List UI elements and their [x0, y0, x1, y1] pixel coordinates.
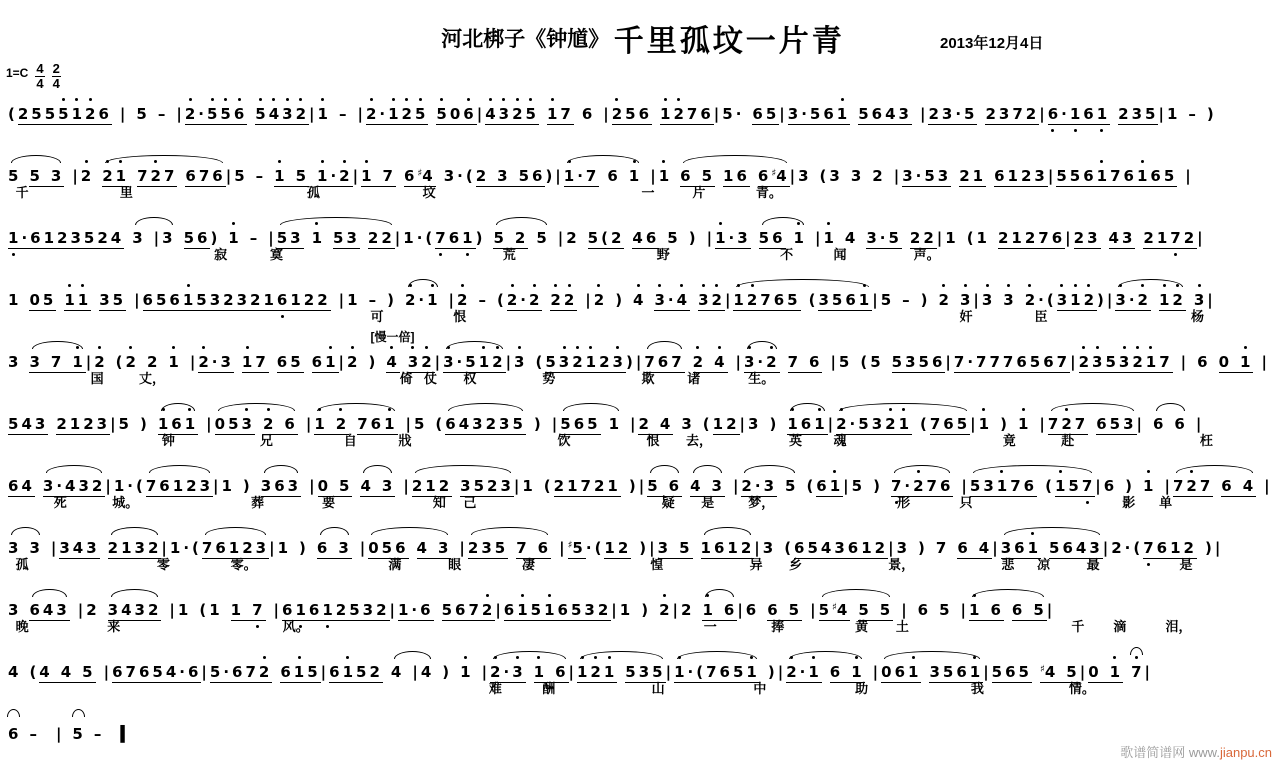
lyric-syllable: 寂 — [214, 244, 227, 263]
lyric-syllable: 悲 — [1001, 554, 1014, 573]
lyric-syllable: 自 — [344, 430, 357, 449]
lyrics-row: 晚来风。一捧黄土千滴泪， — [8, 616, 1280, 634]
lyric-syllable: 钟 — [162, 430, 175, 449]
lyric-syllable: 最 — [1087, 554, 1100, 573]
score-line: 4 (4 4 5 |67654·6|5·672 615|6152 4 |4 ) … — [8, 648, 1280, 710]
score-line: (2555126 | 5 – |2·556 5432|1 – |2·125 50… — [8, 90, 1280, 152]
score-line: 543 2123|5 ) 161 |053 2 6 |1 2 761 |5 (6… — [8, 400, 1280, 462]
lyric-syllable: 去， — [686, 430, 712, 449]
key-signature: 1=C 4 4 2 4 — [6, 62, 61, 90]
footer-site-url: jianpu.cn — [1220, 745, 1272, 760]
lyric-syllable: 晚 — [16, 616, 29, 635]
lyric-syllable: 魂 — [834, 430, 847, 449]
lyric-syllable: 要 — [322, 492, 335, 511]
meter-second: 2 4 — [52, 62, 61, 90]
lyric-syllable: 景， — [888, 554, 914, 573]
lyric-syllable: 兄 — [260, 430, 273, 449]
meter-numerator: 4 — [36, 62, 43, 76]
lyric-syllable: 坟 — [423, 182, 436, 201]
score-lines: (2555126 | 5 – |2·556 5432|1 – |2·125 50… — [8, 90, 1280, 767]
lyrics-row: 难酬山中助我情。 — [8, 678, 1280, 696]
lyric-syllable: 戕 — [399, 430, 412, 449]
lyric-syllable: 一 — [641, 182, 654, 201]
lyric-syllable: 零 — [157, 554, 170, 573]
score-line: 1 05 11 35 |65615323216122 |1 – ) 2·1 |2… — [8, 276, 1280, 338]
meter-denominator: 4 — [52, 76, 61, 91]
lyric-syllable: 赴 — [1061, 430, 1074, 449]
lyric-syllable: 土 — [896, 616, 909, 635]
lyric-syllable: 千 — [16, 182, 29, 201]
lyric-syllable: 形 — [897, 492, 910, 511]
lyric-syllable: 不 — [780, 244, 793, 263]
lyric-syllable: 葬 — [251, 492, 264, 511]
sheet-music-page: 河北梆子《钟馗》 千里孤坟一片青 2013年12月4日 1=C 4 4 2 4 … — [0, 0, 1286, 767]
meter-first: 4 4 — [35, 62, 44, 90]
score-line: 3 643 |2 3432 |1 (1 1 7 |61612532|1·6 56… — [8, 586, 1280, 648]
lyric-syllable: 凉 — [1037, 554, 1050, 573]
lyric-syllable: 英 — [789, 430, 802, 449]
lyric-syllable: 恨 — [453, 306, 466, 325]
score-subtitle: 河北梆子《钟馗》 — [441, 28, 609, 51]
score-title: 千里孤坟一片青 — [614, 25, 845, 58]
lyric-syllable: 枉 — [1200, 430, 1213, 449]
lyric-syllable: 势 — [542, 368, 555, 387]
score-line: 6 – | 5 – ▍ — [8, 710, 1280, 767]
lyric-syllable: 恨 — [647, 430, 660, 449]
lyric-syllable: 滴 — [1113, 616, 1126, 635]
lyric-syllable: 仗 — [424, 368, 437, 387]
lyric-syllable: 城。 — [112, 492, 138, 511]
lyrics-row — [8, 740, 1280, 758]
lyric-syllable: 饮 — [558, 430, 571, 449]
lyric-syllable: 己 — [463, 492, 476, 511]
lyric-syllable: 声。 — [914, 244, 940, 263]
lyric-syllable: 我 — [971, 678, 984, 697]
lyric-syllable: 梦， — [748, 492, 774, 511]
lyric-syllable: 惶 — [650, 554, 663, 573]
meter-denominator: 4 — [35, 76, 44, 91]
lyric-syllable: 寞 — [270, 244, 283, 263]
lyric-syllable: 捧 — [771, 616, 784, 635]
lyrics-row: 钟兄自戕饮恨去，英魂竟赴枉 — [8, 430, 1280, 448]
lyric-syllable: 可 — [371, 306, 384, 325]
lyric-syllable: 千 — [1071, 616, 1084, 635]
score-line: 3 3 |343 2132|1·(76123|1 ) 6 3 |056 4 3 … — [8, 524, 1280, 586]
lyric-syllable: 诸 — [687, 368, 700, 387]
lyric-syllable: 臣 — [1035, 306, 1048, 325]
lyric-syllable: 知 — [433, 492, 446, 511]
lyric-syllable: 单 — [1159, 492, 1172, 511]
lyric-syllable: 野 — [657, 244, 670, 263]
lyric-syllable: 山 — [652, 678, 665, 697]
lyric-syllable: 闻 — [834, 244, 847, 263]
lyrics-row: 死城。葬要知己疑是梦，形只影单 — [8, 492, 1280, 510]
lyric-syllable: 死 — [54, 492, 67, 511]
score-line: 5 5 3 |2 21 727 676|5 – 1 5 1·2|1 7 6♯4 … — [8, 152, 1280, 214]
lyric-syllable: 乡 — [789, 554, 802, 573]
lyric-syllable: 孤 — [307, 182, 320, 201]
footer-site-name: 歌谱简谱网 www. — [1120, 745, 1220, 760]
key-label: 1=C — [6, 66, 28, 80]
lyric-syllable: 青。 — [756, 182, 782, 201]
lyric-syllable: 丈， — [139, 368, 165, 387]
lyric-syllable: 眼 — [448, 554, 461, 573]
lyric-syllable: 一 — [704, 616, 717, 635]
lyric-syllable: 倚 — [400, 368, 413, 387]
lyric-syllable: 疑 — [662, 492, 675, 511]
lyric-syllable: 奸 — [959, 306, 972, 325]
score-line: [慢一倍]3 3 7 1|2 (2 2 1 |2·3 17 65 61|2 ) … — [8, 338, 1280, 400]
lyric-syllable: 是 — [701, 492, 714, 511]
meter-numerator: 2 — [53, 62, 60, 76]
lyric-syllable: 中 — [753, 678, 766, 697]
lyric-syllable: 来 — [107, 616, 120, 635]
lyric-syllable: 国 — [91, 368, 104, 387]
lyric-syllable: 零。 — [231, 554, 257, 573]
lyric-syllable: 孤 — [16, 554, 29, 573]
watermark: 歌谱简谱网 www.jianpu.cn — [1120, 742, 1272, 761]
lyric-syllable: 杨 — [1191, 306, 1204, 325]
score-line: 1·6123524 3 |3 56) 1 – |53 1 53 22|1·(76… — [8, 214, 1280, 276]
lyric-syllable: 黄 — [855, 616, 868, 635]
lyric-syllable: 情。 — [1069, 678, 1095, 697]
score-line: 64 3·432|1·(76123|1 ) 363 |0 5 4 3 |212 … — [8, 462, 1280, 524]
tempo-annotation: [慢一倍] — [371, 328, 415, 345]
lyric-syllable: 酬 — [542, 678, 555, 697]
lyrics-row: 可恨奸臣杨 — [8, 306, 1280, 324]
lyric-syllable: 助 — [855, 678, 868, 697]
score-header: 河北梆子《钟馗》 千里孤坟一片青 — [0, 16, 1286, 60]
lyric-syllable: 片 — [692, 182, 705, 201]
lyric-syllable: 荒 — [503, 244, 516, 263]
lyric-syllable: 里 — [120, 182, 133, 201]
lyric-syllable: 满 — [388, 554, 401, 573]
lyrics-row: 千里孤坟一片青。 — [8, 182, 1280, 200]
lyric-syllable: 权 — [463, 368, 476, 387]
lyrics-row — [8, 120, 1280, 138]
lyric-syllable: 竟 — [1003, 430, 1016, 449]
lyric-syllable: 风。 — [283, 616, 309, 635]
lyrics-row: 寂寞荒野不闻声。 — [8, 244, 1280, 262]
lyric-syllable: 泪， — [1166, 616, 1192, 635]
lyric-syllable: 影 — [1122, 492, 1135, 511]
lyric-syllable: 是 — [1180, 554, 1193, 573]
lyric-syllable: 凄 — [522, 554, 535, 573]
lyrics-row: 孤零零。满眼凄惶异乡景，悲凉最是 — [8, 554, 1280, 572]
lyric-syllable: 难 — [489, 678, 502, 697]
lyrics-row: 国丈，倚仗权势欺诸生。 — [8, 368, 1280, 386]
lyric-syllable: 欺 — [641, 368, 654, 387]
lyric-syllable: 只 — [959, 492, 972, 511]
score-date: 2013年12月4日 — [940, 32, 1043, 53]
lyric-syllable: 异 — [750, 554, 763, 573]
lyric-syllable: 生。 — [748, 368, 774, 387]
